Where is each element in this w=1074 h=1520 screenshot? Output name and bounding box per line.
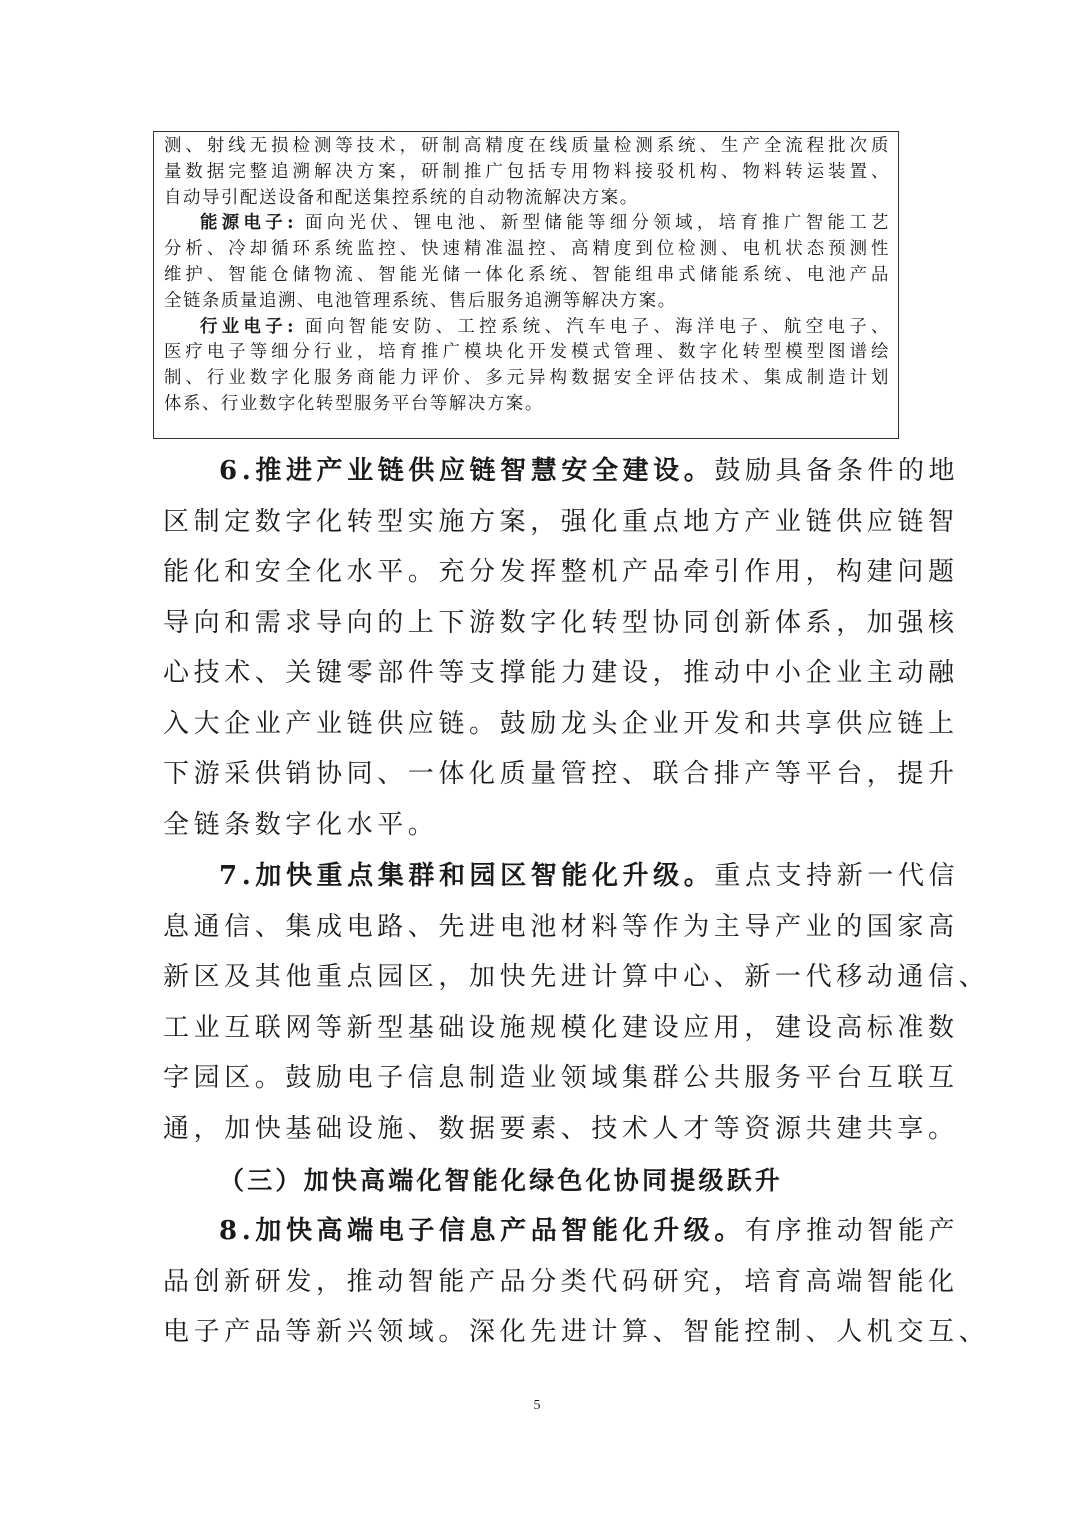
para-line: 导向和需求导向的上下游数字化转型协同创新体系，加强核 xyxy=(163,598,911,649)
para-line: 工业互联网等新型基础设施规模化建设应用，建设高标准数 xyxy=(163,1003,911,1054)
paragraph-8: 8.加快高端电子信息产品智能化升级。有序推动智能产 品创新研发，推动智能产品分类… xyxy=(163,1206,911,1358)
para-line: 区制定数字化转型实施方案，强化重点地方产业链供应链智 xyxy=(163,497,911,548)
para-line: 6.推进产业链供应链智慧安全建设。鼓励具备条件的地 xyxy=(163,446,911,497)
para-line: 能化和安全化水平。充分发挥整机产品牵引作用，构建问题 xyxy=(163,547,911,598)
para-line: 通，加快基础设施、数据要素、技术人才等资源共建共享。 xyxy=(163,1104,911,1155)
energy-electronics-label: 能源电子: xyxy=(200,213,295,233)
box-line: 分析、冷却循环系统监控、快速精准温控、高精度到位检测、电机状态预测性 xyxy=(164,237,890,263)
para-line: 息通信、集成电路、先进电池材料等作为主导产业的国家高 xyxy=(163,902,911,953)
industry-electronics-label: 行业电子: xyxy=(200,317,295,337)
para-line: 全链条数字化水平。 xyxy=(163,800,911,851)
box-line: 量数据完整追溯解决方案，研制推广包括专用物料接驳机构、物料转运装置、 xyxy=(164,160,890,186)
paragraph-6: 6.推进产业链供应链智慧安全建设。鼓励具备条件的地 区制定数字化转型实施方案，强… xyxy=(163,446,911,850)
para-line: 新区及其他重点园区，加快先进计算中心、新一代移动通信、 xyxy=(163,952,911,1003)
para-line: 入大企业产业链供应链。鼓励龙头企业开发和共享供应链上 xyxy=(163,699,911,750)
box-line: 测、射线无损检测等技术，研制高精度在线质量检测系统、生产全流程批次质 xyxy=(164,134,890,160)
box-line: 体系、行业数字化转型服务平台等解决方案。 xyxy=(164,392,890,418)
para-line: 下游采供销协同、一体化质量管控、联合排产等平台，提升 xyxy=(163,749,911,800)
box-line: 全链条质量追溯、电池管理系统、售后服务追溯等解决方案。 xyxy=(164,289,890,315)
paragraph-7-title: 7.加快重点集群和园区智能化升级。 xyxy=(219,861,714,891)
box-line: 医疗电子等细分行业，培育推广模块化开发模式管理、数字化转型模型图谱绘 xyxy=(164,340,890,366)
box-line: 制、行业数字化服务商能力评价、多元异构数据安全评估技术、集成制造计划 xyxy=(164,366,890,392)
paragraph-8-title: 8.加快高端电子信息产品智能化升级。 xyxy=(219,1216,745,1246)
para-line: 品创新研发，推动智能产品分类代码研究，培育高端智能化 xyxy=(163,1257,911,1308)
box-line: 维护、智能仓储物流、智能光储一体化系统、智能组串式储能系统、电池产品 xyxy=(164,263,890,289)
section-heading: （三）加快高端化智能化绿色化协同提级跃升 xyxy=(219,1156,783,1206)
energy-electronics-line: 能源电子: 面向光伏、锂电池、新型储能等细分领域，培育推广智能工艺 xyxy=(164,211,890,237)
para-line: 电子产品等新兴领域。深化先进计算、智能控制、人机交互、 xyxy=(163,1307,911,1358)
para-line: 8.加快高端电子信息产品智能化升级。有序推动智能产 xyxy=(163,1206,911,1257)
para-line: 字园区。鼓励电子信息制造业领域集群公共服务平台互联互 xyxy=(163,1053,911,1104)
industry-electronics-line: 行业电子: 面向智能安防、工控系统、汽车电子、海洋电子、航空电子、 xyxy=(164,315,890,341)
para-line: 心技术、关键零部件等支撑能力建设，推动中小企业主动融 xyxy=(163,648,911,699)
paragraph-6-title: 6.推进产业链供应链智慧安全建设。 xyxy=(219,456,714,486)
paragraph-7: 7.加快重点集群和园区智能化升级。重点支持新一代信 息通信、集成电路、先进电池材… xyxy=(163,851,911,1154)
page-number: 5 xyxy=(0,1398,1074,1414)
sector-solutions-box: 测、射线无损检测等技术，研制高精度在线质量检测系统、生产全流程批次质 量数据完整… xyxy=(153,131,899,439)
para-line: 7.加快重点集群和园区智能化升级。重点支持新一代信 xyxy=(163,851,911,902)
box-line: 自动导引配送设备和配送集控系统的自动物流解决方案。 xyxy=(164,186,890,212)
